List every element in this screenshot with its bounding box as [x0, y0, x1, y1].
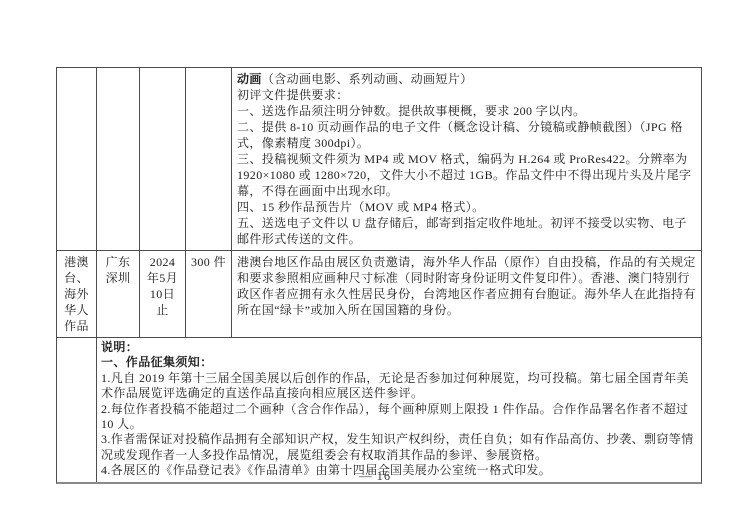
animation-requirement-1: 一、送选作品须注明分钟数。提供故事梗概，要求 200 字以内。 [237, 103, 697, 119]
submission-requirements-table: 动画（含动画电影、系列动画、动画短片） 初评文件提供要求： 一、送选作品须注明分… [56, 67, 702, 484]
animation-requirement-4: 四、15 秒作品预告片（MOV 或 MP4 格式）。 [237, 199, 697, 215]
cell-hmt-details: 港澳台地区作品由展区负责邀请，海外华人作品（原作）自由投稿，作品的有关规定和要求… [232, 251, 701, 337]
animation-title: 动画（含动画电影、系列动画、动画短片） [237, 71, 697, 87]
notes-item-1: 1.凡自 2019 年第十三届全国美展以后创作的作品，无论是否参加过何种展览，均… [101, 371, 695, 402]
animation-requirement-2: 二、提供 8-10 页动画作品的电子文件（概念设计稿、分镜稿或静帧截图）（JPG… [237, 119, 697, 151]
cell-hmt-deadline: 2024年5月10日止 [140, 251, 186, 337]
table-row-animation: 动画（含动画电影、系列动画、动画短片） 初评文件提供要求： 一、送选作品须注明分… [57, 68, 701, 251]
cell-location-empty [97, 68, 140, 250]
animation-title-rest: （含动画电影、系列动画、动画短片） [262, 72, 473, 86]
table-row-hmt-overseas: 港澳台、海外华人作品 广东深圳 2024年5月10日止 300 件 港澳台地区作… [57, 251, 701, 338]
document-page: 动画（含动画电影、系列动画、动画短片） 初评文件提供要求： 一、送选作品须注明分… [0, 0, 750, 530]
table-row-notes: 说明： 一、作品征集须知： 1.凡自 2019 年第十三届全国美展以后创作的作品… [57, 338, 701, 482]
cell-notes-content: 说明： 一、作品征集须知： 1.凡自 2019 年第十三届全国美展以后创作的作品… [97, 338, 701, 482]
notes-item-2: 2.每位作者投稿不能超过二个画种（含合作作品），每个画种原则上限投 1 件作品。… [101, 402, 695, 433]
cell-hmt-location: 广东深圳 [97, 251, 140, 337]
cell-notes-empty [57, 338, 97, 482]
cell-hmt-category: 港澳台、海外华人作品 [57, 251, 97, 337]
animation-requirement-5: 五、送选电子文件以 U 盘存储后，邮寄到指定收件地址。初评不接受以实物、电子邮件… [237, 215, 697, 247]
notes-subheading: 一、作品征集须知： [101, 355, 695, 370]
page-number: — 16 [0, 469, 750, 484]
animation-requirements-intro: 初评文件提供要求： [237, 87, 697, 103]
animation-requirement-3: 三、投稿视频文件须为 MP4 或 MOV 格式，编码为 H.264 或 ProR… [237, 151, 697, 199]
cell-animation-details: 动画（含动画电影、系列动画、动画短片） 初评文件提供要求： 一、送选作品须注明分… [232, 68, 701, 250]
cell-deadline-empty [140, 68, 186, 250]
cell-quota-empty [186, 68, 232, 250]
notes-heading: 说明： [101, 340, 695, 355]
animation-title-bold: 动画 [237, 72, 262, 86]
cell-category-empty [57, 68, 97, 250]
notes-item-3: 3.作者需保证对投稿作品拥有全部知识产权，发生知识产权纠纷，责任自负；如有作品高… [101, 432, 695, 463]
hmt-details-text: 港澳台地区作品由展区负责邀请，海外华人作品（原作）自由投稿，作品的有关规定和要求… [237, 254, 697, 318]
cell-hmt-quota: 300 件 [186, 251, 232, 337]
